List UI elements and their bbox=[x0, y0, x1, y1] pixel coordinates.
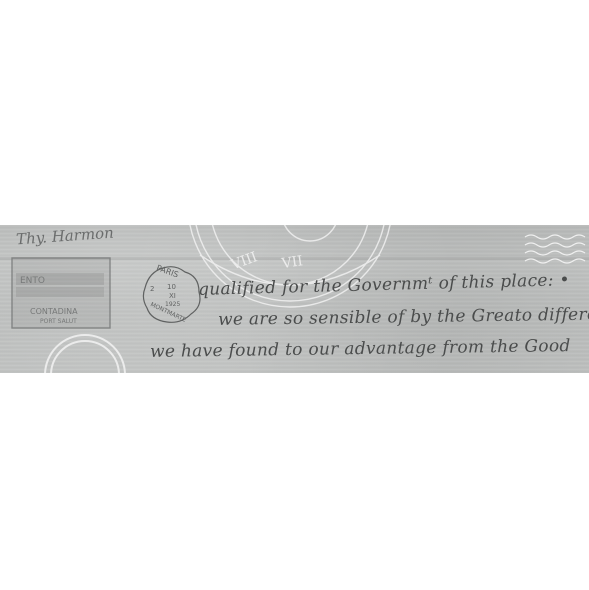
svg-text:PARIS: PARIS bbox=[155, 263, 179, 279]
partial-seal-icon bbox=[45, 335, 125, 373]
svg-text:CONTADINA: CONTADINA bbox=[30, 307, 78, 316]
svg-text:PORT SALUT: PORT SALUT bbox=[40, 318, 77, 325]
svg-text:ENTO: ENTO bbox=[20, 276, 45, 286]
paris-postmark-icon: PARIS 10 XI 1925 2 MONTMARTE bbox=[143, 263, 200, 324]
svg-text:1925: 1925 bbox=[165, 301, 180, 308]
decorative-tile: VIII VII ENTO CONTADINA PORT SALUT PARIS bbox=[0, 225, 589, 373]
svg-text:VII: VII bbox=[280, 253, 304, 272]
wavy-cancellation-icon bbox=[525, 235, 585, 263]
svg-text:2: 2 bbox=[150, 285, 154, 293]
svg-text:XI: XI bbox=[169, 292, 176, 300]
box-stamp-icon: ENTO CONTADINA PORT SALUT bbox=[12, 258, 110, 328]
svg-text:10: 10 bbox=[167, 283, 176, 291]
